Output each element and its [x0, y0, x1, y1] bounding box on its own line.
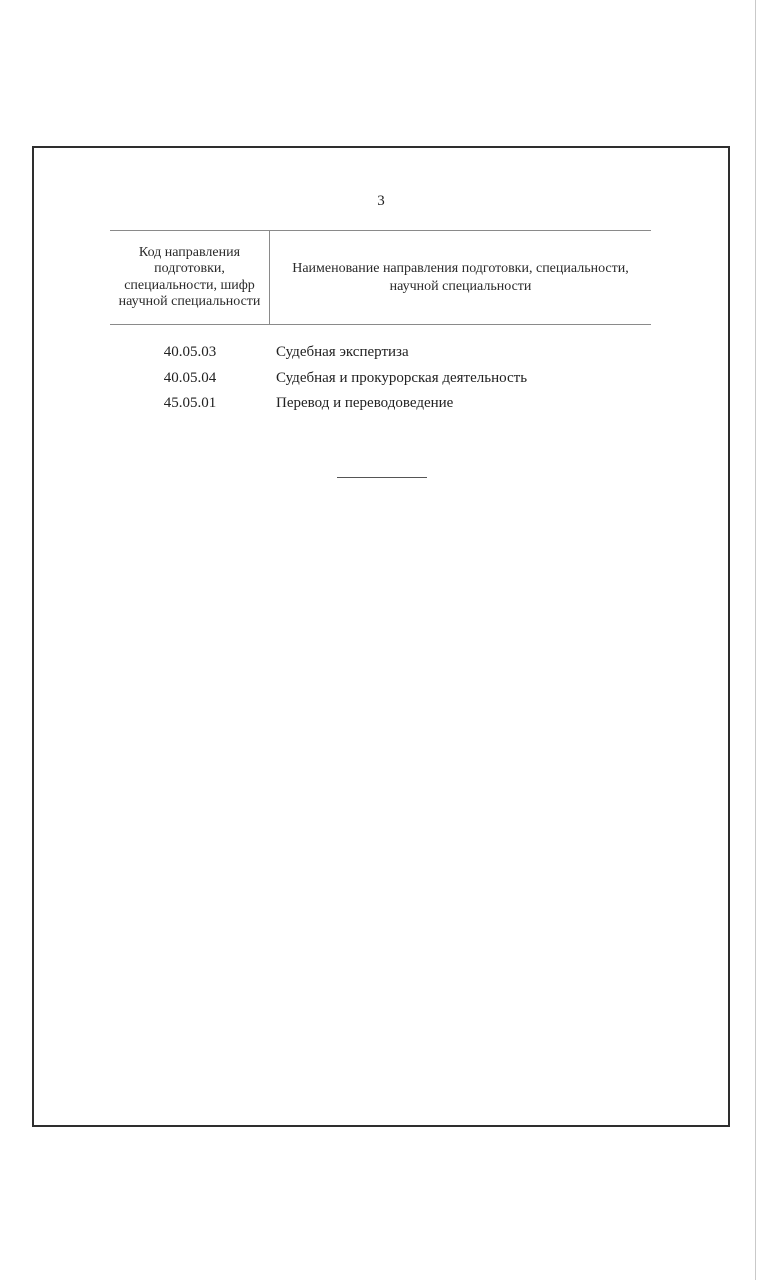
table-row: 45.05.01 Перевод и переводоведение: [110, 391, 651, 417]
row-name: Судебная экспертиза: [270, 344, 651, 361]
row-code: 40.05.04: [110, 370, 270, 387]
table-header: Код направления подготовки, специальност…: [110, 230, 651, 325]
table-body: 40.05.03 Судебная экспертиза 40.05.04 Су…: [110, 340, 651, 417]
specialties-table: Код направления подготовки, специальност…: [110, 230, 651, 417]
document-page: 3 Код направления подготовки, специально…: [32, 146, 730, 1127]
row-code: 40.05.03: [110, 344, 270, 361]
page-number: 3: [34, 193, 728, 210]
header-name: Наименование направления подготовки, спе…: [270, 231, 651, 324]
row-code: 45.05.01: [110, 395, 270, 412]
table-row: 40.05.04 Судебная и прокурорская деятель…: [110, 366, 651, 392]
end-of-document-rule: [337, 477, 427, 478]
row-name: Судебная и прокурорская деятельность: [270, 370, 651, 387]
row-name: Перевод и переводоведение: [270, 395, 651, 412]
table-row: 40.05.03 Судебная экспертиза: [110, 340, 651, 366]
header-code: Код направления подготовки, специальност…: [110, 231, 270, 324]
